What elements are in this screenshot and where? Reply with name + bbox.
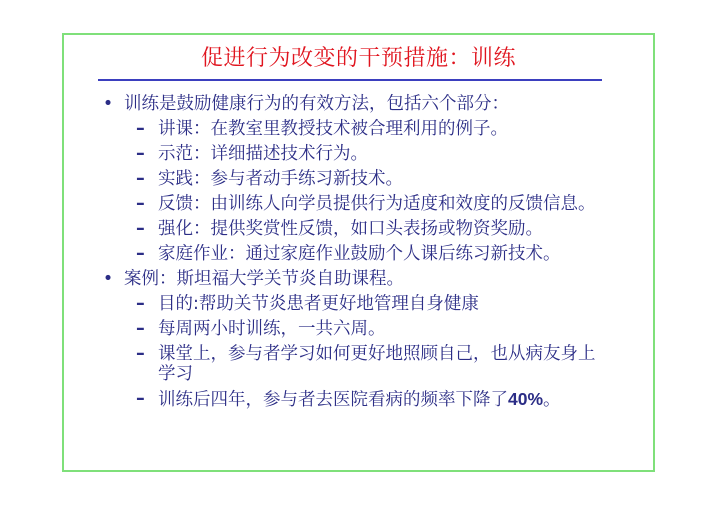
dash-icon: –: [136, 317, 145, 342]
bullet-case-study: • 案例：斯坦福大学关节炎自助课程。: [100, 267, 660, 292]
subitem-lecture: – 讲课：在教室里教授技术被合理利用的例子。: [100, 117, 660, 142]
bullet-text: 案例：斯坦福大学关节炎自助课程。: [124, 269, 404, 289]
subitem-schedule: – 每周两小时训练，一共六周。: [100, 317, 660, 342]
dash-icon: –: [136, 217, 145, 242]
title-underline: [98, 79, 602, 81]
slide-frame: 促进行为改变的干预措施：训练 • 训练是鼓励健康行为的有效方法，包括六个部分： …: [62, 33, 655, 472]
subitem-practice: – 实践：参与者动手练习新技术。: [100, 167, 660, 192]
dash-icon: –: [136, 117, 145, 142]
slide-content: • 训练是鼓励健康行为的有效方法，包括六个部分： – 讲课：在教室里教授技术被合…: [100, 92, 660, 413]
dash-icon: –: [136, 387, 145, 412]
bullet-dot-icon: •: [100, 92, 116, 117]
dash-icon: –: [136, 167, 145, 192]
dash-icon: –: [136, 142, 145, 167]
subitem-text-end: 。: [543, 390, 561, 410]
subitem-text: 示范：详细描述技术行为。: [158, 144, 368, 164]
subitem-text: 训练后四年，参与者去医院看病的频率下降了: [158, 390, 508, 410]
bullet-training-intro: • 训练是鼓励健康行为的有效方法，包括六个部分：: [100, 92, 660, 117]
subitem-demonstration: – 示范：详细描述技术行为。: [100, 142, 660, 167]
subitem-goal: – 目的:帮助关节炎患者更好地管理自身健康: [100, 292, 660, 317]
bullet-dot-icon: •: [100, 267, 116, 292]
subitem-text: 目的:帮助关节炎患者更好地管理自身健康: [158, 294, 479, 314]
subitem-homework: – 家庭作业：通过家庭作业鼓励个人课后练习新技术。: [100, 242, 660, 267]
outcome-percentage: 40%: [508, 389, 543, 409]
subitem-text: 家庭作业：通过家庭作业鼓励个人课后练习新技术。: [158, 244, 561, 264]
subitem-text: 课堂上，参与者学习如何更好地照顾自己，也从病友身上学习: [158, 344, 596, 384]
slide-title: 促进行为改变的干预措施：训练: [64, 45, 653, 73]
subitem-reinforcement: – 强化：提供奖赏性反馈，如口头表扬或物资奖励。: [100, 217, 660, 242]
subitem-text: 反馈：由训练人向学员提供行为适度和效度的反馈信息。: [158, 194, 596, 214]
dash-icon: –: [136, 292, 145, 317]
subitem-outcome: – 训练后四年，参与者去医院看病的频率下降了40%。: [100, 387, 660, 413]
subitem-text: 讲课：在教室里教授技术被合理利用的例子。: [158, 119, 508, 139]
dash-icon: –: [136, 192, 145, 217]
subitem-text: 实践：参与者动手练习新技术。: [158, 169, 403, 189]
subitem-text: 强化：提供奖赏性反馈，如口头表扬或物资奖励。: [158, 219, 543, 239]
dash-icon: –: [136, 344, 145, 364]
dash-icon: –: [136, 242, 145, 267]
bullet-text: 训练是鼓励健康行为的有效方法，包括六个部分：: [124, 94, 509, 114]
subitem-classroom: – 课堂上，参与者学习如何更好地照顾自己，也从病友身上学习: [100, 342, 598, 387]
subitem-feedback: – 反馈：由训练人向学员提供行为适度和效度的反馈信息。: [100, 192, 660, 217]
subitem-text: 每周两小时训练，一共六周。: [158, 319, 386, 339]
